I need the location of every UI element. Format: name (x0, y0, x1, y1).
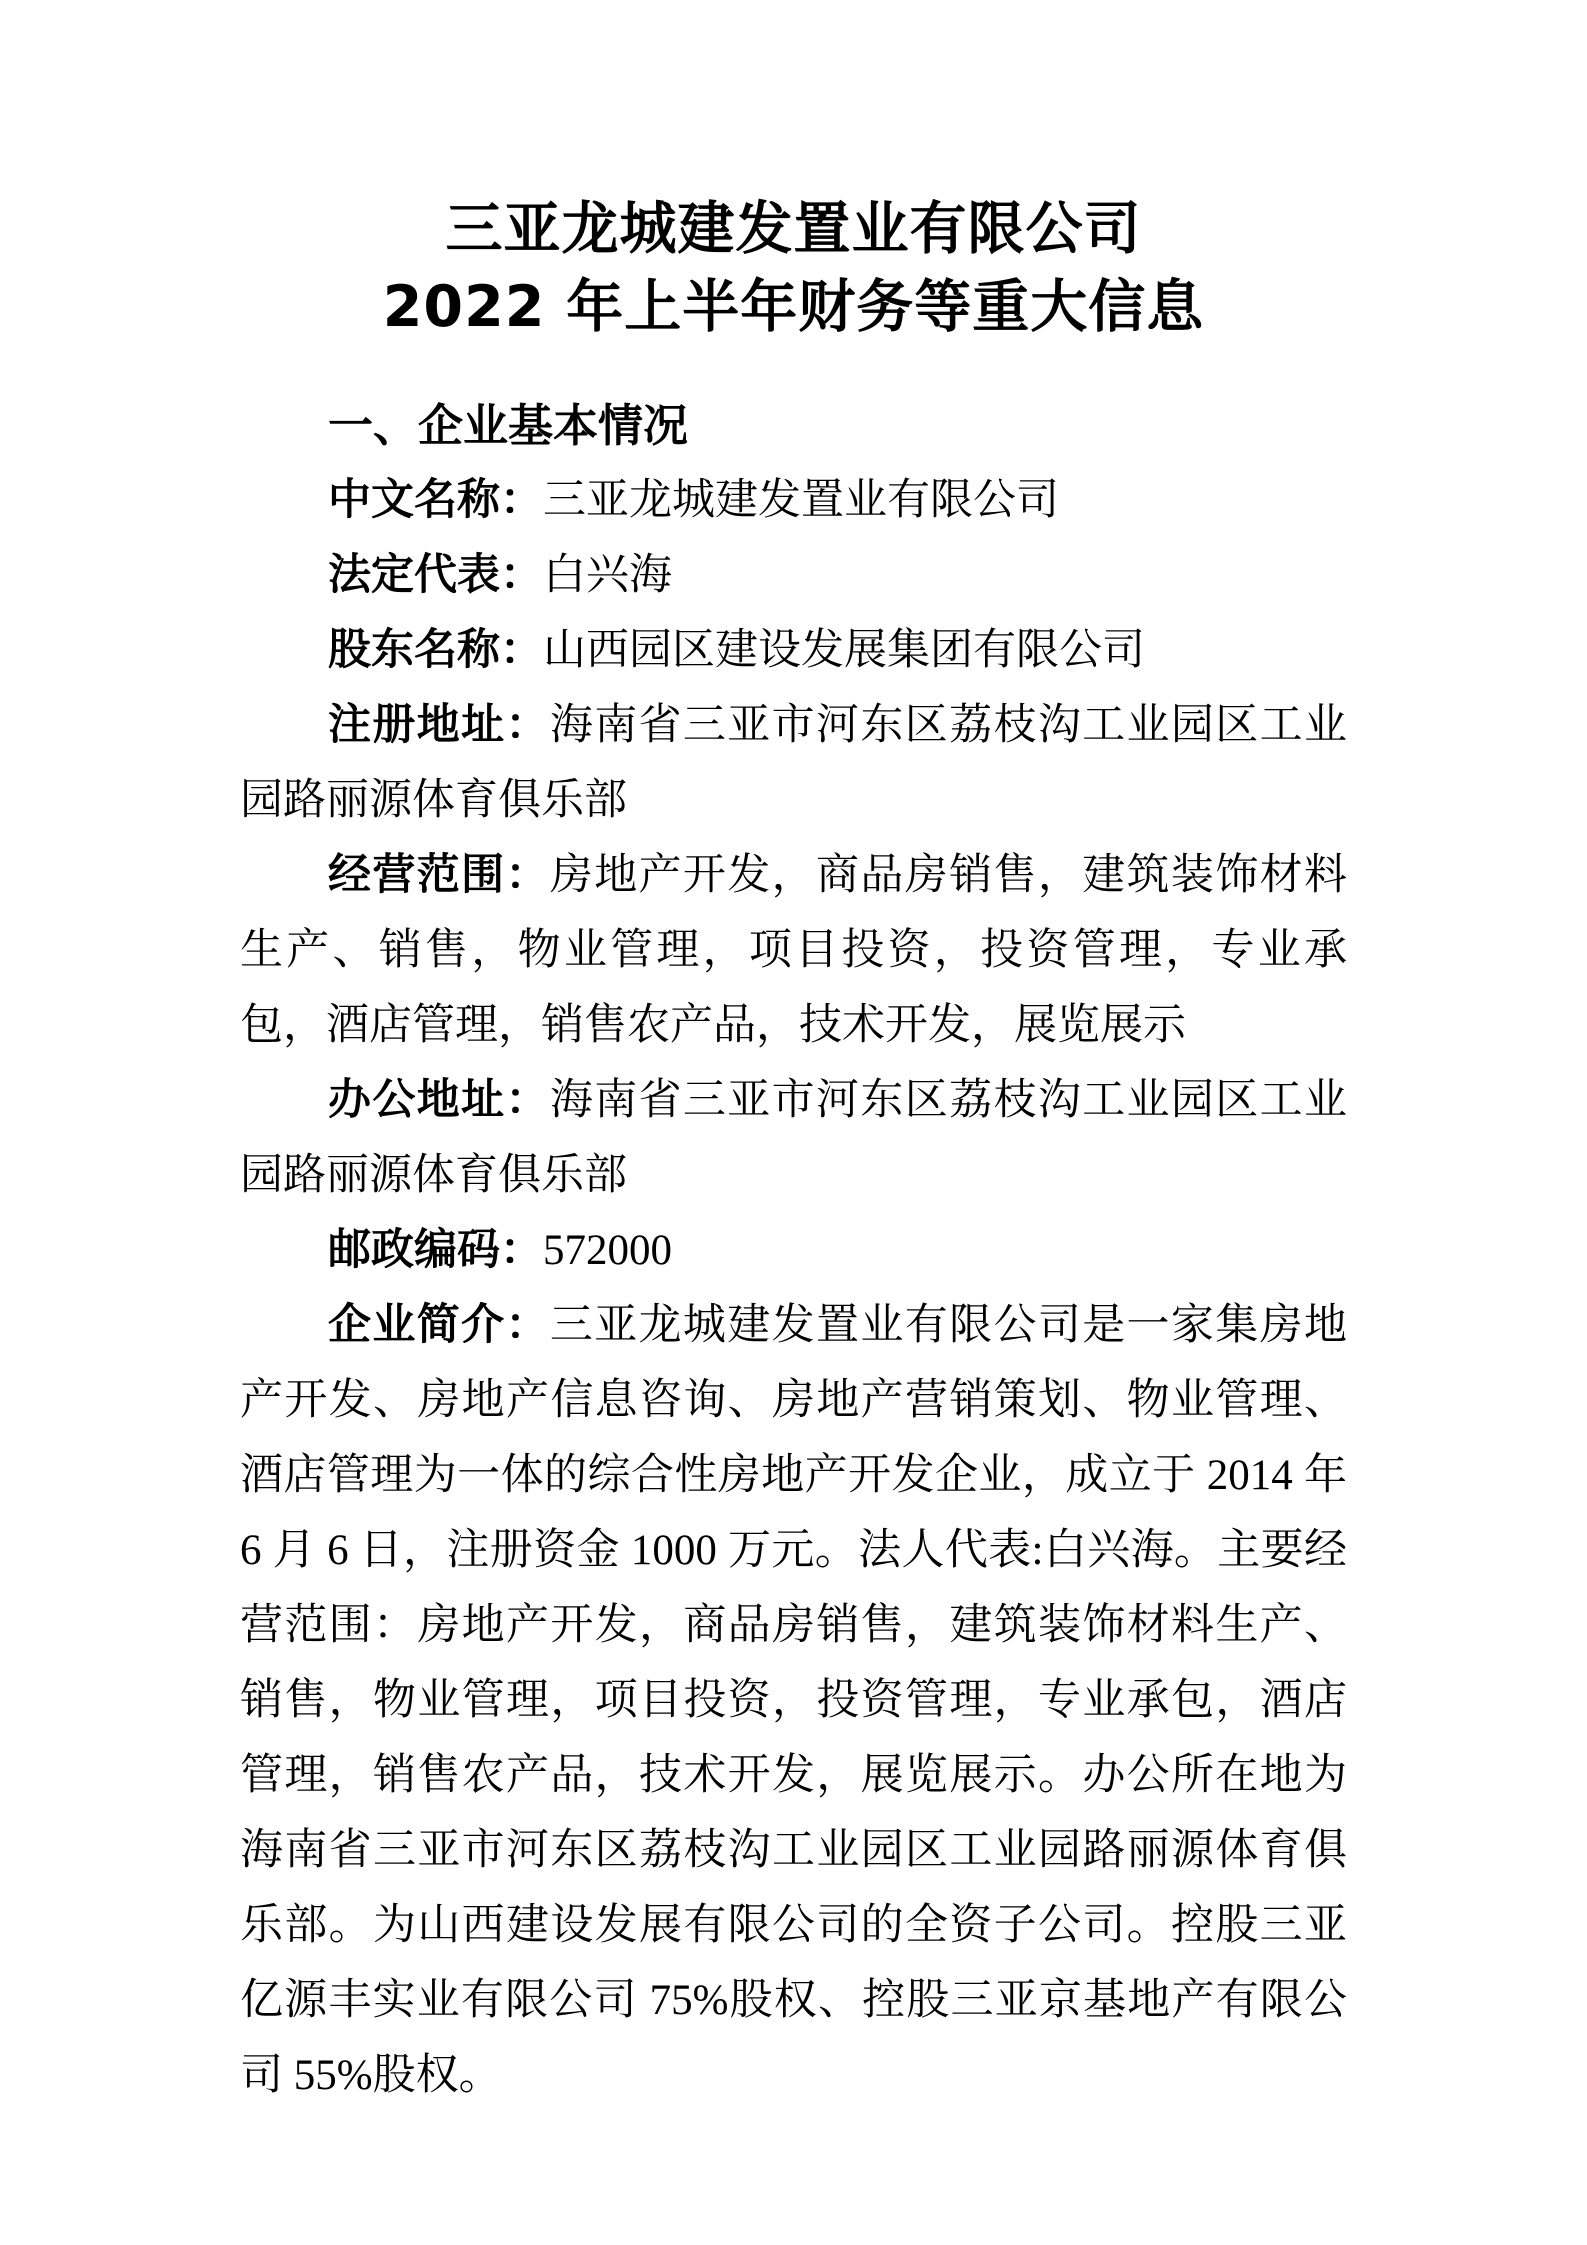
field-shareholder-name-value: 山西园区建设发展集团有限公司 (543, 627, 1145, 674)
field-company-profile-label: 企业简介： (328, 1300, 550, 1350)
field-chinese-name: 中文名称：三亚龙城建发置业有限公司 (240, 463, 1347, 538)
field-shareholder-name: 股东名称：山西园区建设发展集团有限公司 (240, 613, 1347, 688)
field-office-address-label: 办公地址： (328, 1075, 550, 1125)
field-chinese-name-label: 中文名称： (328, 475, 543, 525)
field-postal-code-label: 邮政编码： (328, 1225, 543, 1275)
field-registered-address-label: 注册地址： (328, 700, 550, 750)
field-company-profile: 企业简介：三亚龙城建发置业有限公司是一家集房地产开发、房地产信息咨询、房地产营销… (240, 1288, 1347, 2113)
field-company-profile-value: 三亚龙城建发置业有限公司是一家集房地产开发、房地产信息咨询、房地产营销策划、物业… (240, 1302, 1347, 2099)
field-office-address: 办公地址：海南省三亚市河东区荔枝沟工业园区工业园路丽源体育俱乐部 (240, 1063, 1347, 1213)
field-postal-code-value: 572000 (543, 1227, 672, 1274)
document-title: 三亚龙城建发置业有限公司 2022 年上半年财务等重大信息 (240, 190, 1347, 346)
field-legal-representative-label: 法定代表： (328, 550, 543, 600)
document-title-line-2: 2022 年上半年财务等重大信息 (240, 268, 1347, 346)
field-legal-representative-value: 白兴海 (543, 552, 672, 599)
field-postal-code: 邮政编码：572000 (240, 1213, 1347, 1288)
field-business-scope: 经营范围：房地产开发，商品房销售，建筑装饰材料生产、销售，物业管理，项目投资，投… (240, 838, 1347, 1063)
field-shareholder-name-label: 股东名称： (328, 625, 543, 675)
field-legal-representative: 法定代表：白兴海 (240, 538, 1347, 613)
field-business-scope-label: 经营范围： (328, 850, 550, 900)
field-registered-address: 注册地址：海南省三亚市河东区荔枝沟工业园区工业园路丽源体育俱乐部 (240, 688, 1347, 838)
document-title-line-1: 三亚龙城建发置业有限公司 (240, 190, 1347, 268)
field-chinese-name-value: 三亚龙城建发置业有限公司 (543, 477, 1059, 524)
document-page: 三亚龙城建发置业有限公司 2022 年上半年财务等重大信息 一、企业基本情况 中… (0, 0, 1587, 2245)
section-heading-basic-info: 一、企业基本情况 (240, 388, 1347, 463)
